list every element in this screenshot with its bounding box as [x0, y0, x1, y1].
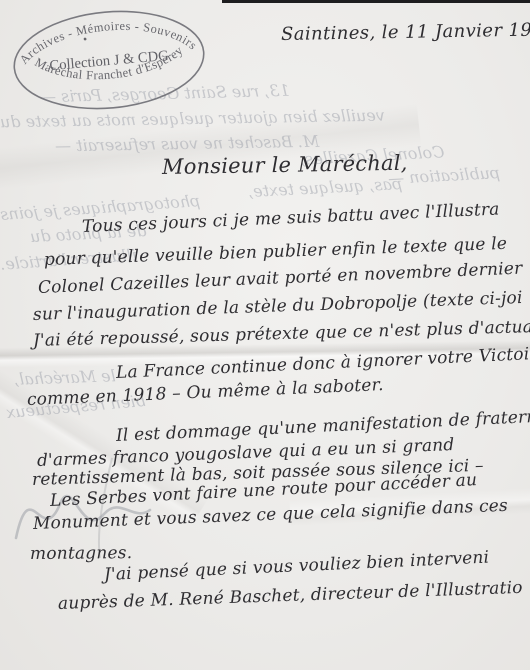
scan-edge-artifact — [222, 0, 530, 3]
letter-dateline: Saintines, le 11 Janvier 1938 — [281, 19, 530, 45]
collection-stamp: Archives - Mémoires - Souvenirs Collecti… — [4, 0, 214, 122]
bleedthrough-fragment: pas, quelque texte, — [248, 174, 403, 201]
stamp-ink-dot — [84, 37, 87, 40]
scanned-letter-page: 13, rue Saint Georges, Paris — veuillez … — [0, 0, 530, 670]
letter-line: montagnes. — [30, 543, 132, 564]
letter-salutation: Monsieur le Maréchal, — [162, 151, 408, 179]
letter-line: J'ai pensé que si vous vouliez bien inte… — [104, 548, 490, 585]
bleedthrough-fragment: M. Baschet ne vous refuserait — — [55, 132, 320, 156]
bleedthrough-fragment: le Maréchal, — [14, 366, 116, 389]
